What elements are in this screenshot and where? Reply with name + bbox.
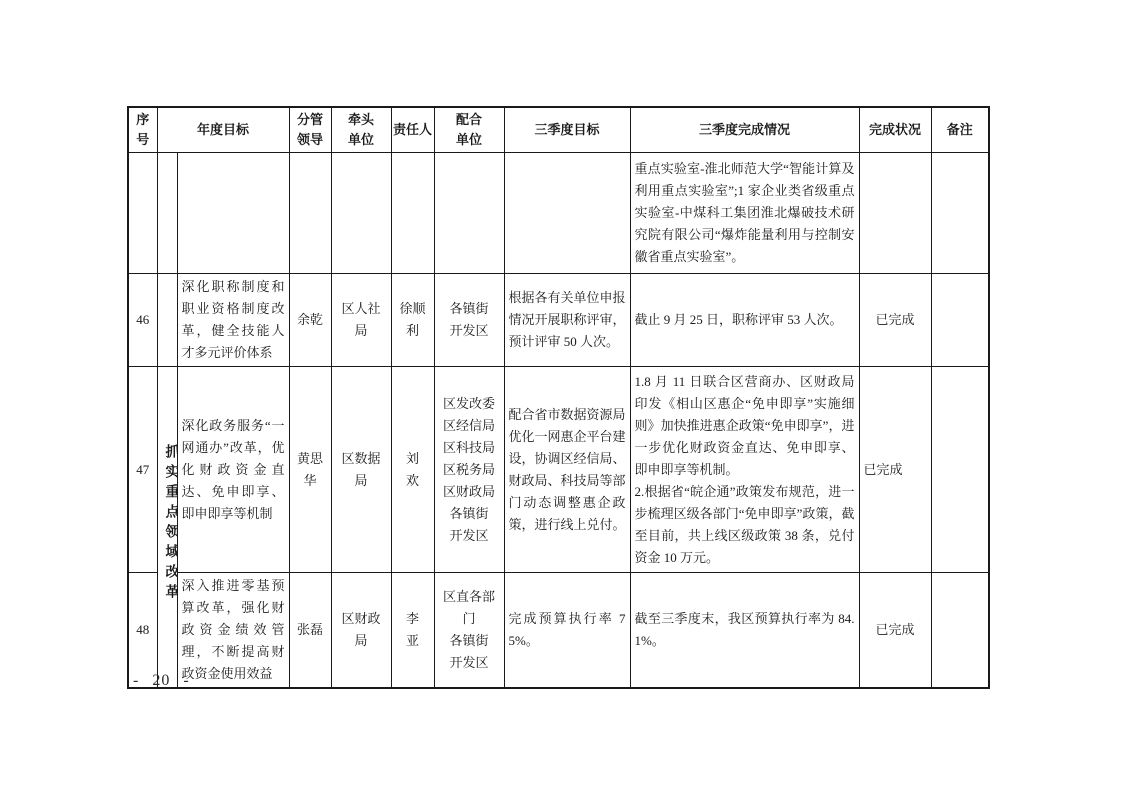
cell-remark [931, 573, 989, 689]
cell-q3-goal: 配合省市数据资源局优化一网惠企平台建设，协调区经信局、财政局、科技局等部门动态调… [504, 367, 630, 573]
cell-q3-goal [504, 153, 630, 274]
quarterly-progress-table: 序 号 年度目标 分管 领导 牵头 单位 责任人 配合 单位 三季度目标 三季度… [127, 106, 990, 689]
table-row-48: 48 深入推进零基预算改革，强化财政资金绩效管理，不断提高财政资金使用效益 张磊… [128, 573, 989, 689]
category-vertical-label: 抓实重点领域改革 [162, 444, 178, 604]
col-header-remark: 备注 [931, 107, 989, 153]
header-row: 序 号 年度目标 分管 领导 牵头 单位 责任人 配合 单位 三季度目标 三季度… [128, 107, 989, 153]
cell-q3-goal: 完成预算执行率 75%。 [504, 573, 630, 689]
cell-leader: 张磊 [289, 573, 331, 689]
col-header-seq: 序 号 [128, 107, 157, 153]
col-header-q3-goal: 三季度目标 [504, 107, 630, 153]
table-row-47: 47 抓实重点领域改革 深化政务服务“一网通办”改革，优化财政资金直达、免申即享… [128, 367, 989, 573]
cell-annual-goal: 深入推进零基预算改革，强化财政资金绩效管理，不断提高财政资金使用效益 [177, 573, 289, 689]
cell-annual-goal: 深化政务服务“一网通办”改革，优化财政资金直达、免申即享、即申即享等机制 [177, 367, 289, 573]
col-header-leader: 分管 领导 [289, 107, 331, 153]
cell-remark [931, 274, 989, 367]
cell-remark [931, 367, 989, 573]
cell-category: 抓实重点领域改革 [157, 367, 177, 689]
cell-seq: 48 [128, 573, 157, 689]
cell-responsible: 徐顺利 [391, 274, 434, 367]
cell-seq: 47 [128, 367, 157, 573]
cell-q3-completion: 1.8 月 11 日联合区营商办、区财政局印发《相山区惠企“免申即享”实施细则》… [630, 367, 859, 573]
cell-annual-goal: 深化职称制度和职业资格制度改革，健全技能人才多元评价体系 [177, 274, 289, 367]
page-number: - 20 - [133, 672, 190, 690]
cell-lead-unit: 区财政局 [331, 573, 391, 689]
cell-lead-unit: 区人社局 [331, 274, 391, 367]
cell-q3-goal: 根据各有关单位申报情况开展职称评审，预计评审 50 人次。 [504, 274, 630, 367]
col-header-annual-goal: 年度目标 [157, 107, 289, 153]
carryover-row: 重点实验室-淮北师范大学“智能计算及利用重点实验室”;1 家企业类省级重点实验室… [128, 153, 989, 274]
col-header-status: 完成状况 [859, 107, 931, 153]
col-header-responsible: 责任人 [391, 107, 434, 153]
cell-remark [931, 153, 989, 274]
document-page: 序 号 年度目标 分管 领导 牵头 单位 责任人 配合 单位 三季度目标 三季度… [0, 0, 1122, 793]
cell-leader: 余乾 [289, 274, 331, 367]
cell-status: 已完成 [859, 274, 931, 367]
cell-cooperating-units: 区发改委 区经信局 区科技局 区税务局 区财政局 各镇街 开发区 [434, 367, 504, 573]
cell-cooperating-units [434, 153, 504, 274]
cell-q3-completion: 截止 9 月 25 日，职称评审 53 人次。 [630, 274, 859, 367]
col-header-q3-completion: 三季度完成情况 [630, 107, 859, 153]
cell-category [157, 274, 177, 367]
cell-status: 已完成 [859, 367, 931, 573]
cell-responsible: 李 亚 [391, 573, 434, 689]
cell-seq [128, 153, 157, 274]
cell-cooperating-units: 区直各部门 各镇街 开发区 [434, 573, 504, 689]
cell-responsible [391, 153, 434, 274]
cell-cooperating-units: 各镇街 开发区 [434, 274, 504, 367]
cell-annual-goal [177, 153, 289, 274]
cell-lead-unit [331, 153, 391, 274]
cell-seq: 46 [128, 274, 157, 367]
cell-lead-unit: 区数据局 [331, 367, 391, 573]
cell-responsible: 刘 欢 [391, 367, 434, 573]
cell-leader [289, 153, 331, 274]
col-header-lead-unit: 牵头 单位 [331, 107, 391, 153]
cell-q3-completion: 重点实验室-淮北师范大学“智能计算及利用重点实验室”;1 家企业类省级重点实验室… [630, 153, 859, 274]
cell-status [859, 153, 931, 274]
table-row-46: 46 深化职称制度和职业资格制度改革，健全技能人才多元评价体系 余乾 区人社局 … [128, 274, 989, 367]
cell-status: 已完成 [859, 573, 931, 689]
cell-category [157, 153, 177, 274]
cell-leader: 黄思华 [289, 367, 331, 573]
col-header-cooperating-units: 配合 单位 [434, 107, 504, 153]
cell-q3-completion: 截至三季度末，我区预算执行率为 84.1%。 [630, 573, 859, 689]
